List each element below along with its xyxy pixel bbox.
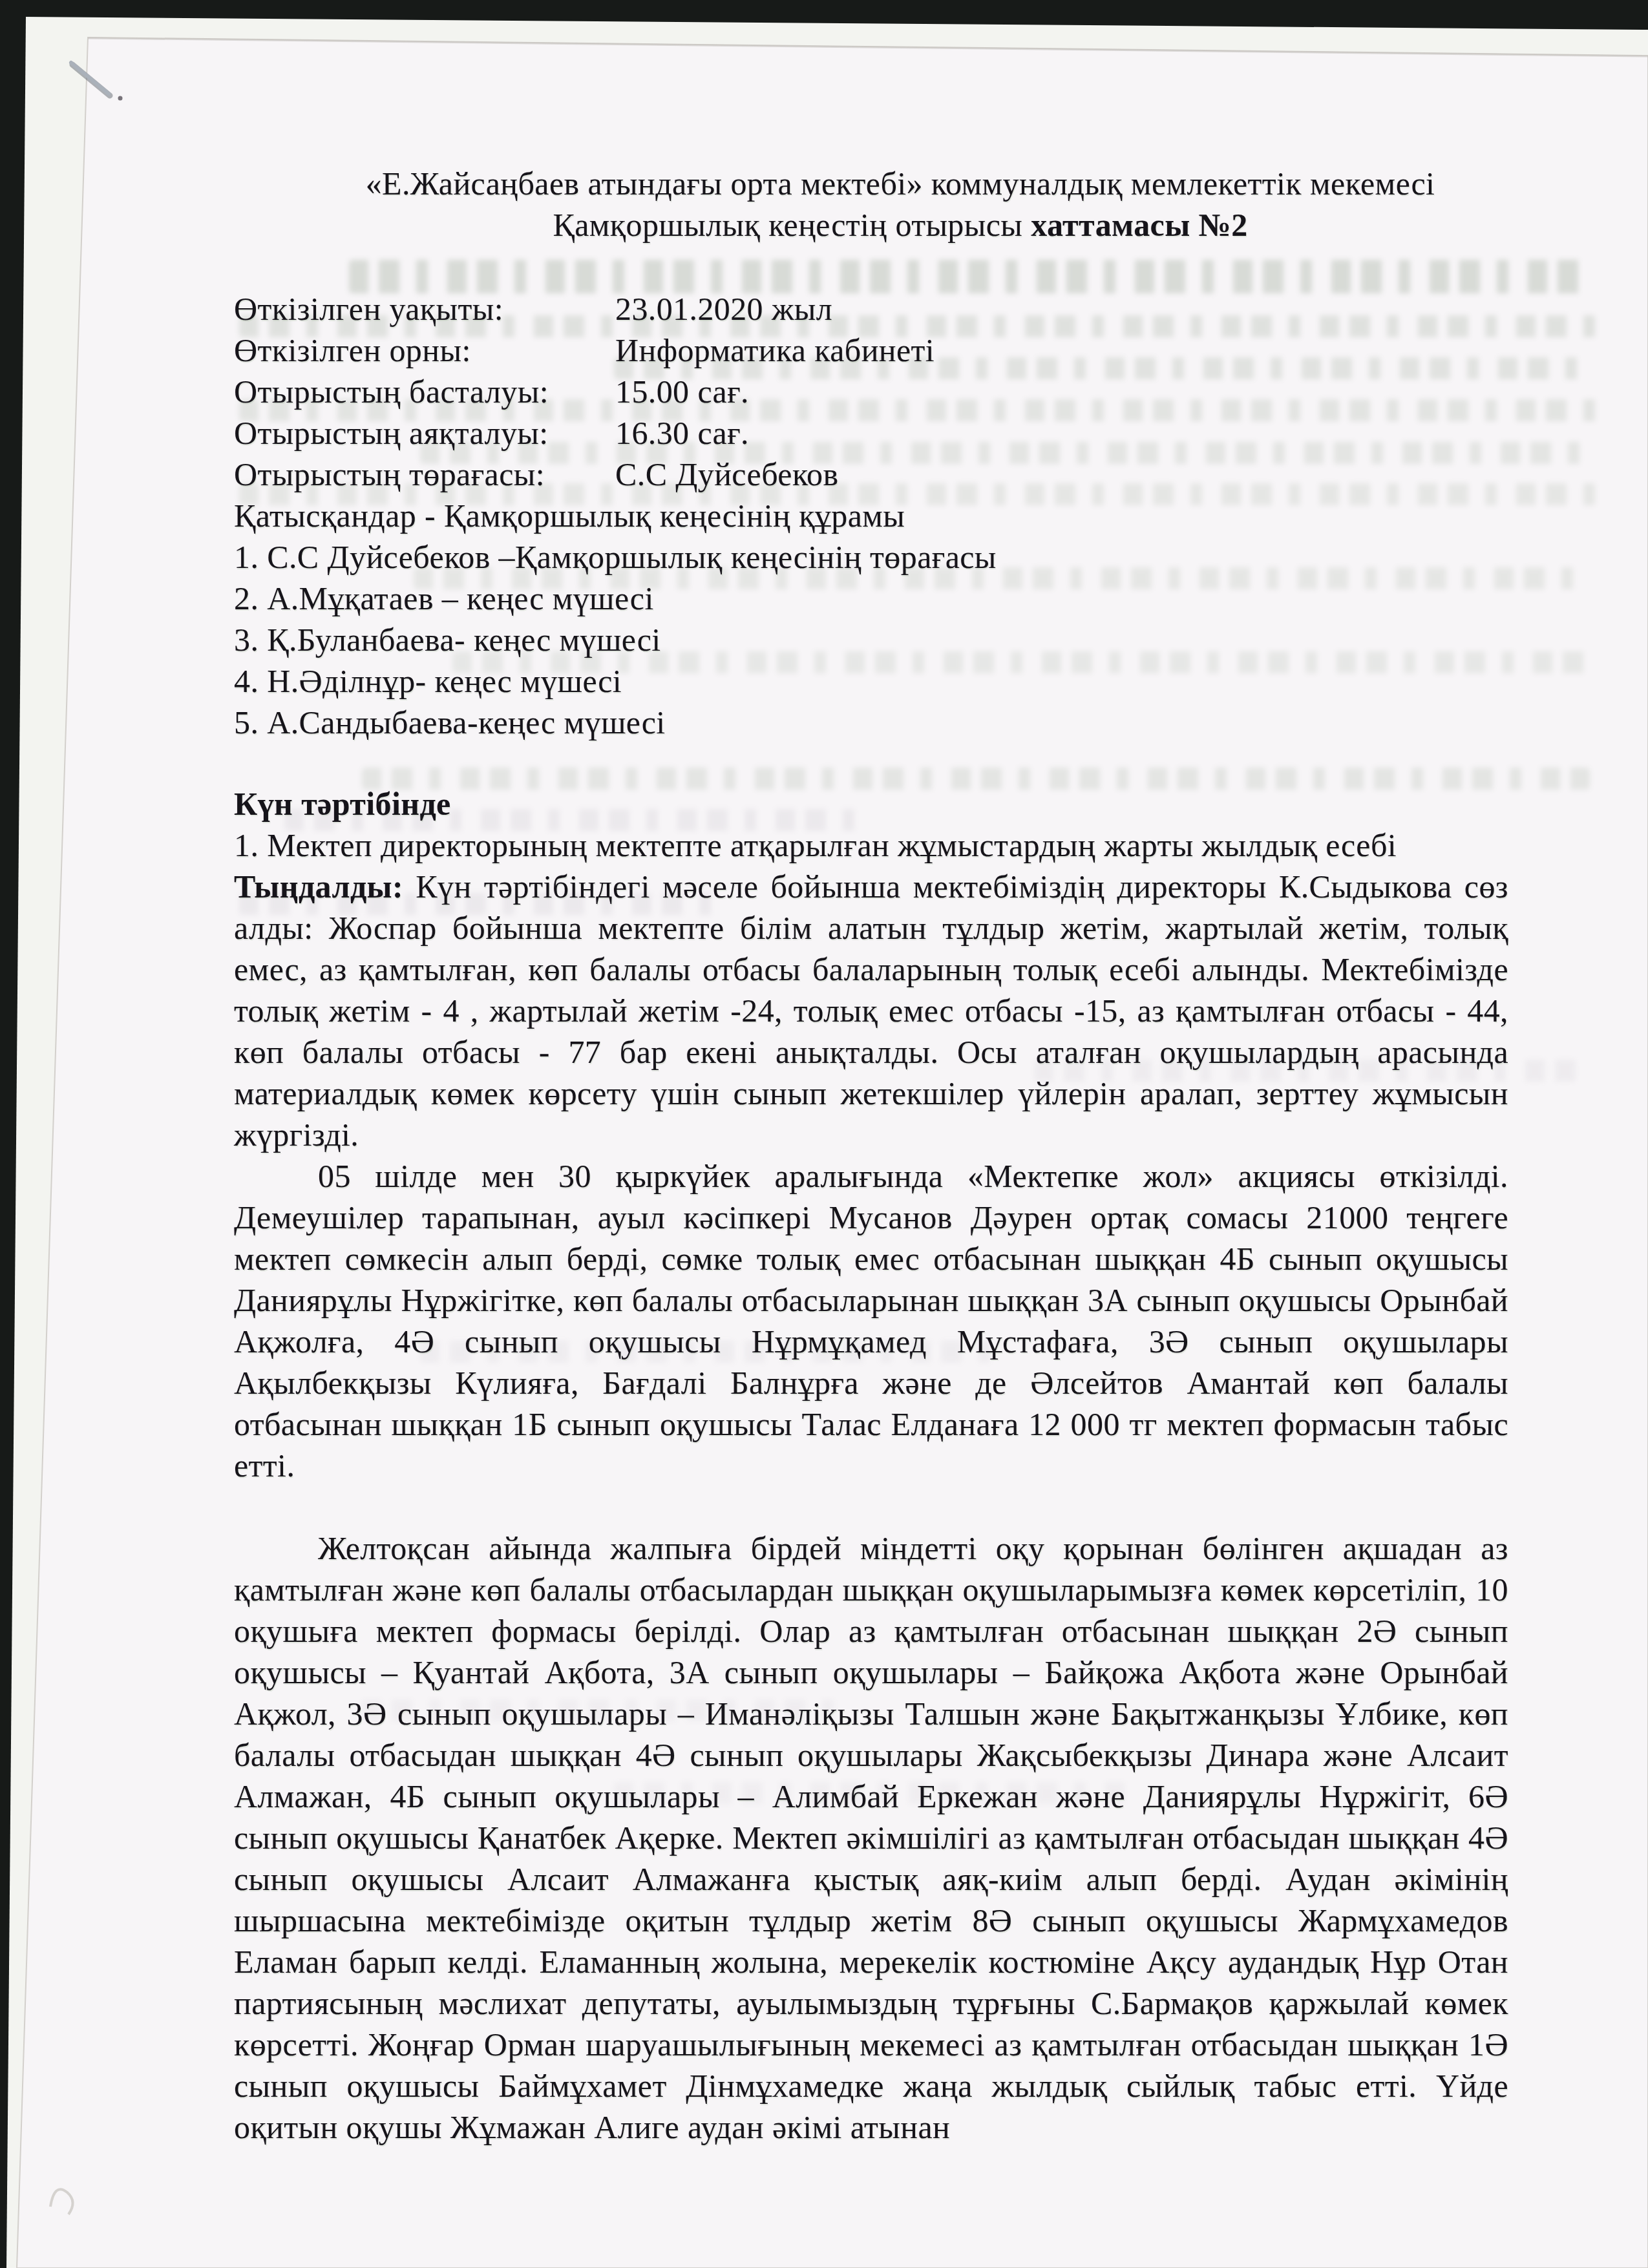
attendee-item: 2. А.Мұқатаев – кеңес мүшесі — [234, 578, 1508, 619]
paragraph-heard-text: Күн тәртібіндегі мәселе бойынша мектебім… — [234, 868, 1508, 1153]
attendee-item: 1. С.С Дуйсебеков –Қамқоршылық кеңесінің… — [234, 536, 1508, 578]
spacer — [234, 246, 1508, 288]
heard-label: Тыңдалды: — [234, 868, 403, 905]
body-paragraph-december: Желтоқсан айында жалпыға бірдей міндетті… — [234, 1528, 1508, 2148]
meta-label-chairman: Отырыстың төрағасы: — [234, 454, 615, 495]
attendee-item: 4. Н.Әділнұр- кеңес мүшесі — [234, 660, 1508, 702]
meta-value-start: 15.00 сағ. — [615, 371, 1508, 412]
body-paragraph-school-road: 05 шілде мен 30 қыркүйек аралығында «Мек… — [234, 1155, 1508, 1486]
scanned-document-page: { "document": { "title_line1": "«Е.Жайса… — [0, 0, 1648, 2268]
meta-row-time: Өткізілген уақыты: 23.01.2020 жыл — [234, 288, 1508, 330]
agenda-item: 1. Мектеп директорының мектепте атқарылғ… — [234, 824, 1508, 866]
meta-label-end: Отырыстың аяқталуы: — [234, 412, 615, 454]
document-content: «Е.Жайсаңбаев атындағы орта мектебі» ком… — [234, 163, 1508, 2148]
attendee-item: 3. Қ.Буланбаева- кеңес мүшесі — [234, 619, 1508, 660]
attendees-heading: Қатысқандар - Қамқоршылық кеңесінің құра… — [234, 495, 1508, 536]
agenda-heading: Күн тәртібінде — [234, 783, 1508, 824]
meta-value-chairman: С.С Дуйсебеков — [615, 454, 1508, 495]
protocol-number: хаттамасы №2 — [1031, 207, 1247, 243]
meta-value-time: 23.01.2020 жыл — [615, 288, 1508, 330]
meta-label-place: Өткізілген орны: — [234, 330, 615, 371]
staple-icon — [71, 63, 123, 101]
meta-value-end: 16.30 сағ. — [615, 412, 1508, 454]
paragraph-heard: Тыңдалды: Күн тәртібіндегі мәселе бойынш… — [234, 866, 1508, 1155]
meta-label-time: Өткізілген уақыты: — [234, 288, 615, 330]
attendee-item: 5. А.Сандыбаева-кеңес мүшесі — [234, 702, 1508, 743]
meta-row-chairman: Отырыстың төрағасы: С.С Дуйсебеков — [234, 454, 1508, 495]
pencil-mark — [50, 2189, 73, 2214]
document-title-line-1: «Е.Жайсаңбаев атындағы орта мектебі» ком… — [234, 163, 1508, 204]
protocol-title-regular: Қамқоршылық кеңестің отырысы — [553, 207, 1031, 243]
meta-row-place: Өткізілген орны: Информатика кабинеті — [234, 330, 1508, 371]
spacer — [234, 743, 1508, 783]
meta-value-place: Информатика кабинеті — [615, 330, 1508, 371]
document-title-line-2: Қамқоршылық кеңестің отырысы хаттамасы №… — [234, 204, 1508, 246]
meta-label-start: Отырыстың басталуы: — [234, 371, 615, 412]
meta-row-end: Отырыстың аяқталуы: 16.30 сағ. — [234, 412, 1508, 454]
meta-row-start: Отырыстың басталуы: 15.00 сағ. — [234, 371, 1508, 412]
paper-top-edge — [88, 38, 1648, 56]
